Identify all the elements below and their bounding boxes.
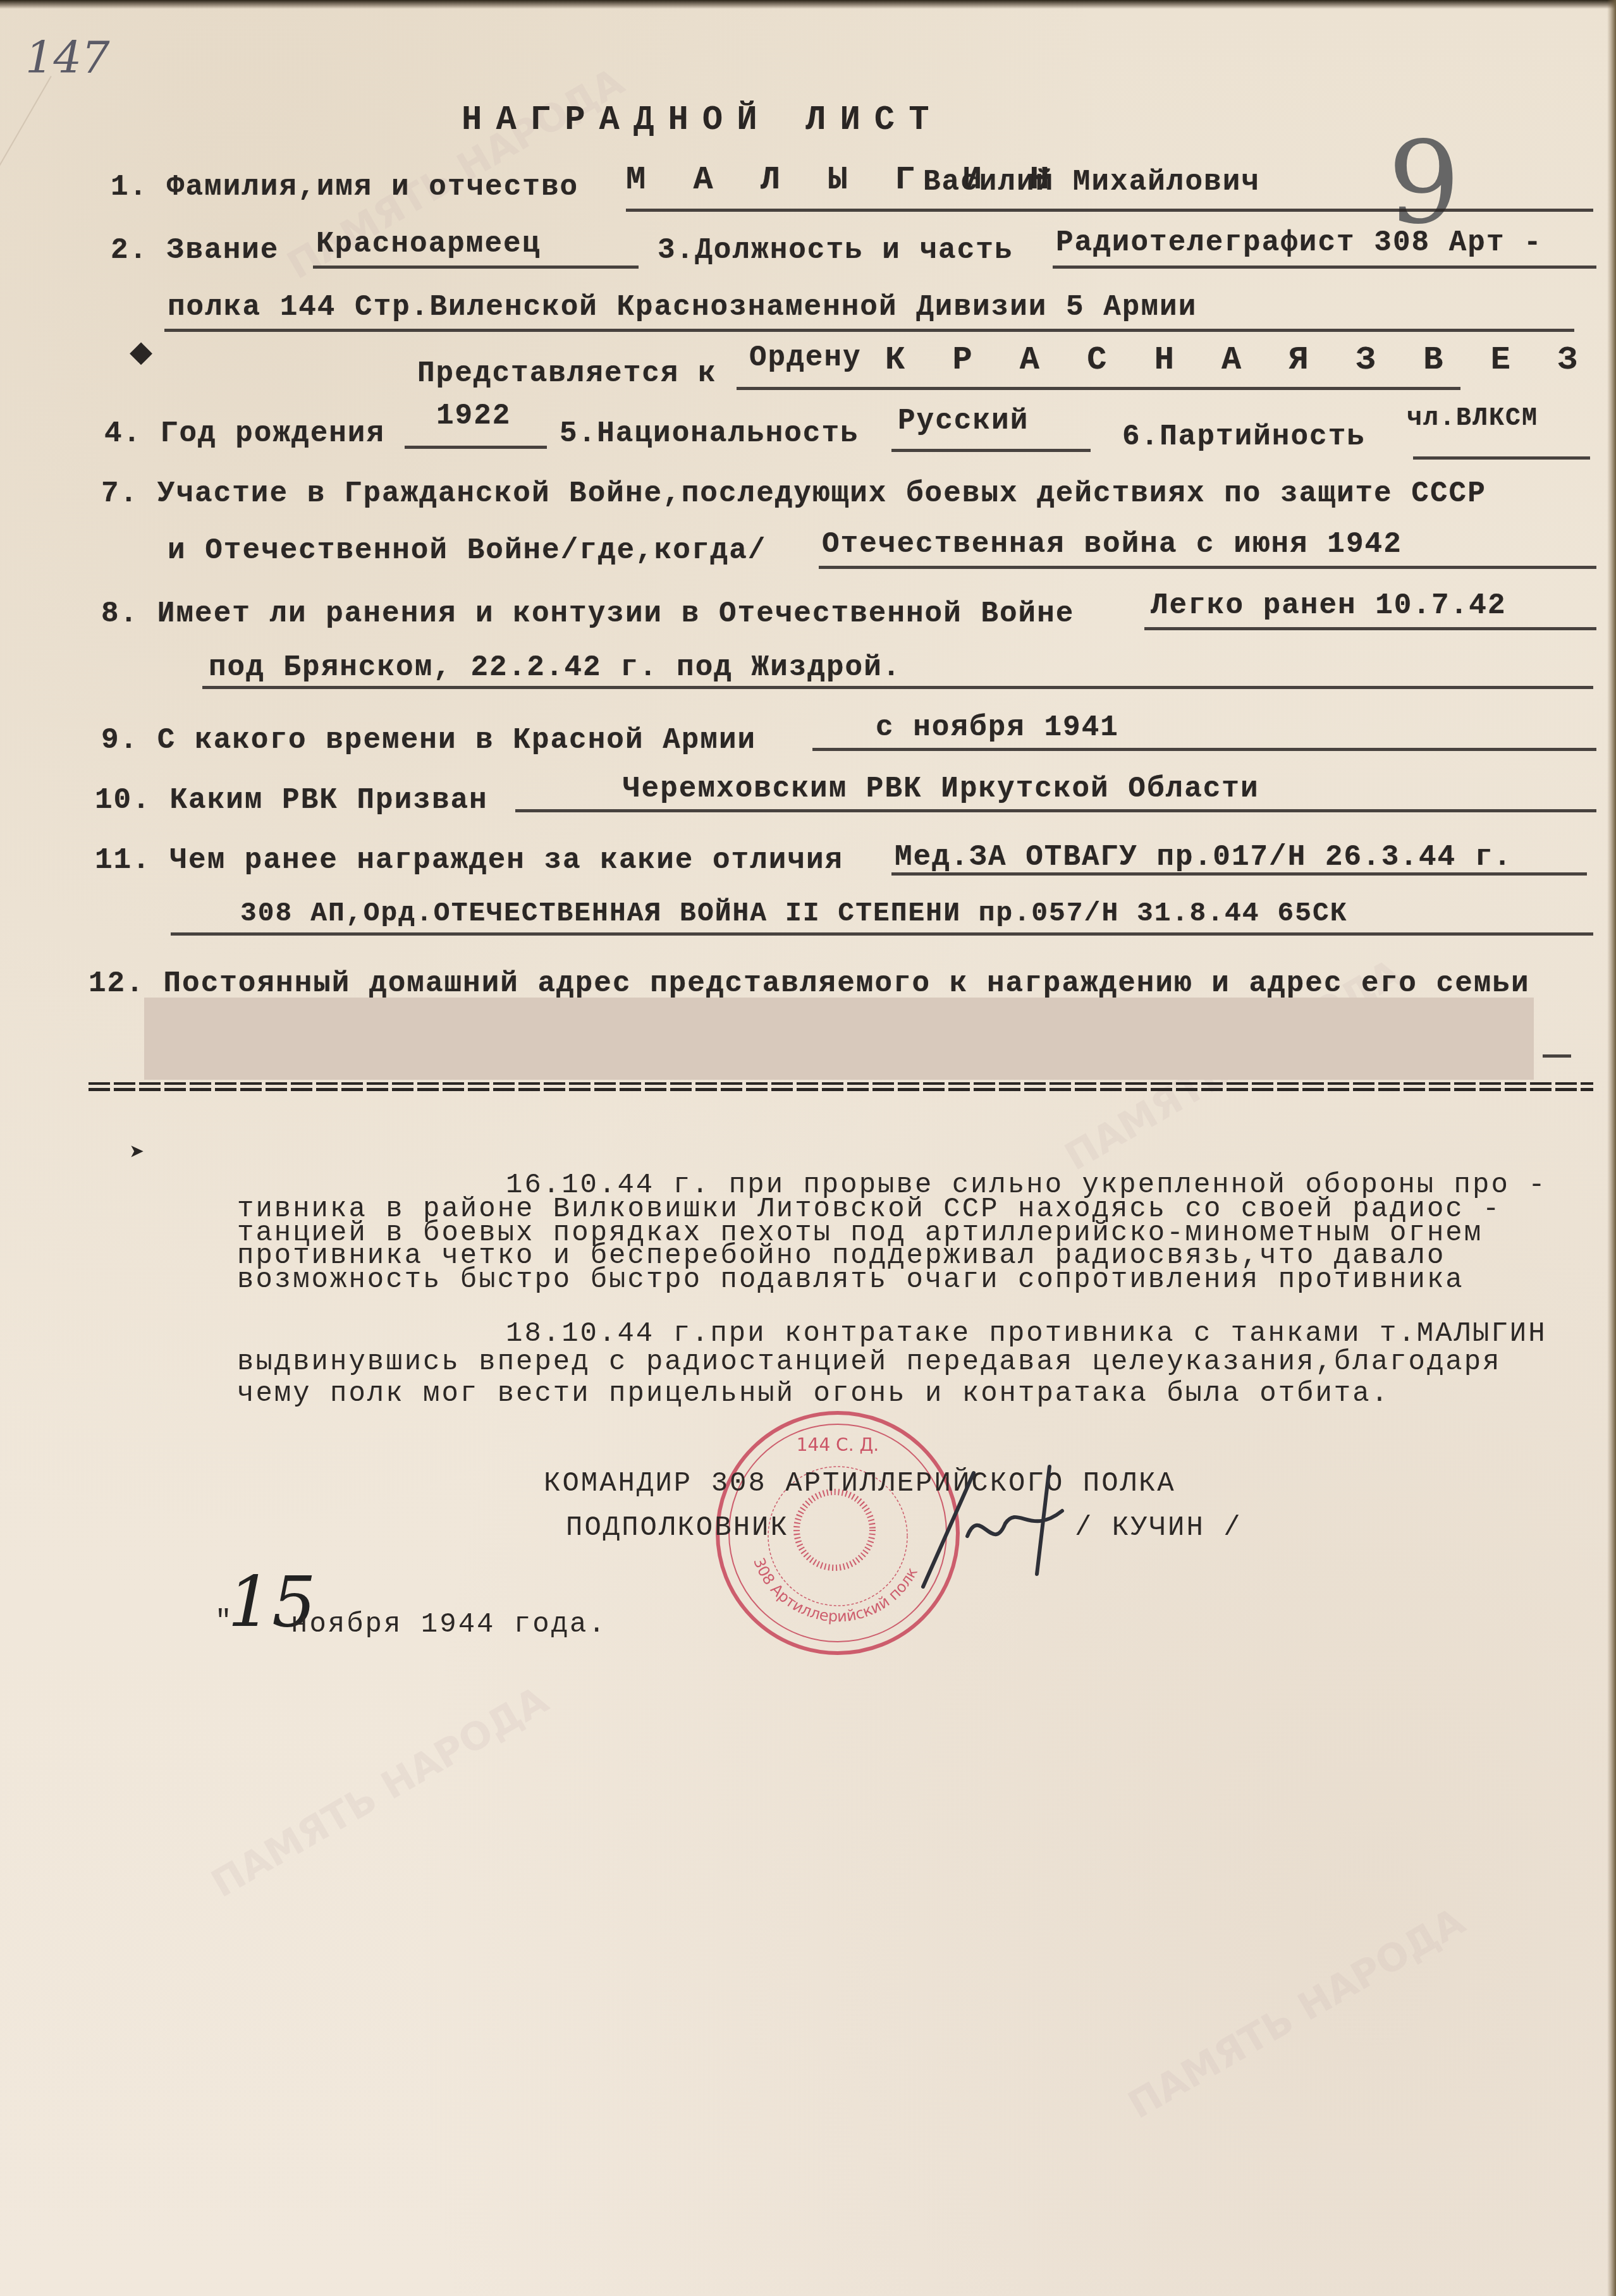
- narrative-line: 18.10.44 г.при контратаке противника с т…: [506, 1318, 1547, 1350]
- field-1-label: 1. Фамилия,имя и отчество: [111, 171, 578, 204]
- field-2-label: 2. Звание: [111, 234, 279, 267]
- award-label: Представляется к: [417, 357, 717, 390]
- award-prefix: Ордену: [749, 341, 862, 374]
- field-7-label-line1: 7. Участие в Гражданской Войне,последующ…: [101, 477, 1486, 510]
- field-7-label-line2: и Отечественной Войне/где,когда/: [168, 534, 766, 567]
- signature-rank: ПОДПОЛКОВНИК: [566, 1512, 789, 1544]
- field-5-value: Русский: [898, 405, 1029, 437]
- field-9-value: с ноября 1941: [876, 711, 1119, 744]
- field-1-name: Василий Михайлович: [923, 166, 1260, 198]
- field-12-dash: [1543, 1054, 1571, 1058]
- field-10-label: 10. Каким РВК Призван: [95, 784, 488, 817]
- narrative-line: чему полк мог вести прицельный огонь и к…: [237, 1378, 1390, 1410]
- field-7-underline: [819, 566, 1596, 569]
- field-5-label: 5.Национальность: [560, 417, 859, 450]
- field-10-value: Черемховским РВК Иркутской Области: [623, 772, 1259, 805]
- field-4-value: 1922: [436, 400, 511, 432]
- handwritten-signature-icon: [898, 1448, 1087, 1593]
- document-title: НАГРАДНОЙ ЛИСТ: [462, 101, 943, 140]
- field-11-value-cont: 308 АП,Орд.ОТЕЧЕСТВЕННАЯ ВОЙНА II СТЕПЕН…: [240, 898, 1348, 929]
- award-sheet-page: ПАМЯТЬ НАРОДА ПАМЯТЬ НАРОДА ПАМЯТЬ НАРОД…: [0, 0, 1616, 2296]
- punch-hole-icon: ➤: [130, 1138, 145, 1169]
- section-divider: [89, 1082, 1593, 1091]
- field-9-label: 9. С какого времени в Красной Армии: [101, 724, 756, 757]
- field-8-value-cont: под Брянском, 22.2.42 г. под Жиздрой.: [209, 651, 901, 684]
- award-name: К Р А С Н А Я З В Е З Д А: [885, 341, 1616, 379]
- scan-top-edge: [0, 0, 1616, 9]
- narrative-line: выдвинувшись вперед с радиостанцией пере…: [237, 1346, 1502, 1378]
- svg-text:308 Артиллерийский полк: 308 Артиллерийский полк: [750, 1555, 921, 1625]
- narrative-line: возможность быстро быстро подавлять очаг…: [237, 1264, 1464, 1296]
- watermark: ПАМЯТЬ НАРОДА: [204, 1678, 556, 1906]
- date-rest: ноября 1944 года.: [291, 1609, 607, 1640]
- field-12-label: 12. Постоянный домашний адрес представля…: [89, 967, 1530, 1000]
- field-7-value: Отечественная война с июня 1942: [822, 528, 1402, 561]
- redacted-address: [144, 998, 1534, 1080]
- award-underline: [737, 387, 1460, 390]
- archive-mark: 147: [25, 32, 110, 83]
- paper-fold-line: [0, 76, 52, 569]
- field-3-underline-cont: [164, 329, 1574, 332]
- field-4-label: 4. Год рождения: [104, 417, 385, 450]
- field-11-underline: [891, 872, 1587, 876]
- field-5-underline: [891, 449, 1091, 452]
- field-8-underline: [1144, 627, 1596, 630]
- field-6-value: чл.ВЛКСМ: [1407, 405, 1538, 433]
- field-1-underline: [626, 209, 1593, 212]
- field-11-value: Мед.ЗА ОТВАГУ пр.017/Н 26.3.44 г.: [895, 841, 1512, 874]
- signature-name: / КУЧИН /: [1075, 1512, 1242, 1544]
- field-6-underline: [1413, 456, 1590, 460]
- punch-hole-icon: ◆: [130, 329, 152, 376]
- field-8-label: 8. Имеет ли ранения и контузии в Отечест…: [101, 597, 1074, 630]
- field-4-underline: [405, 446, 547, 449]
- field-10-underline: [515, 809, 1596, 812]
- field-6-label: 6.Партийность: [1122, 420, 1366, 453]
- watermark: ПАМЯТЬ НАРОДА: [1121, 1899, 1472, 2127]
- field-11-label: 11. Чем ранее награжден за какие отличия: [95, 844, 843, 877]
- field-2-value: Красноармеец: [316, 228, 541, 260]
- field-3-value-cont: полка 144 Стр.Виленской Краснознаменной …: [168, 291, 1197, 324]
- svg-text:144 С. Д.: 144 С. Д.: [797, 1434, 879, 1455]
- field-3-label: 3.Должность и часть: [658, 234, 1013, 267]
- field-3-value: Радиотелеграфист 308 Арт -: [1056, 226, 1543, 259]
- field-3-underline: [1053, 266, 1596, 269]
- field-8-value: Легко ранен 10.7.42: [1151, 589, 1507, 622]
- field-2-underline: [313, 266, 639, 269]
- field-11-underline-cont: [171, 932, 1593, 936]
- field-9-underline: [812, 748, 1596, 751]
- field-8-underline-cont: [202, 686, 1593, 689]
